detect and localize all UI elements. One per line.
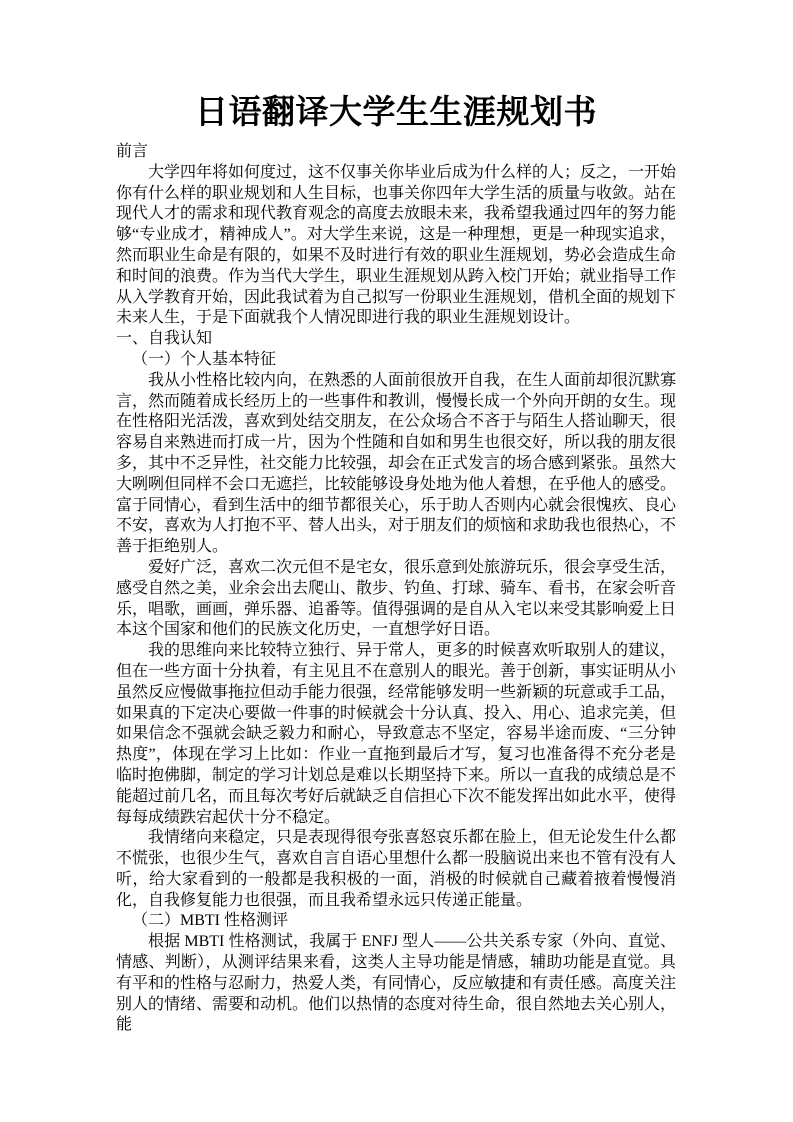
paragraph-thinking-style: 我的思维向来比较特立独行、异于常人，更多的时候喜欢听取别人的建议，但在一些方面十…	[116, 641, 676, 828]
paragraph-preface: 大学四年将如何度过，这不仅事关你毕业后成为什么样的人；反之，一开始你有什么样的职…	[116, 163, 676, 329]
paragraph-emotions: 我情绪向来稳定，只是表现得很夸张喜怒哀乐都在脸上，但无论发生什么都不慌张，也很少…	[116, 828, 676, 911]
heading-preface: 前言	[116, 142, 676, 163]
heading-personal-traits: （一）个人基本特征	[116, 350, 676, 371]
document-body: 日语翻译大学生生涯规划书 前言 大学四年将如何度过，这不仅事关你毕业后成为什么样…	[0, 0, 793, 1036]
paragraph-hobbies: 爱好广泛，喜欢二次元但不是宅女，很乐意到处旅游玩乐，很会享受生活，感受自然之美，…	[116, 558, 676, 641]
heading-self-awareness: 一、自我认知	[116, 329, 676, 350]
paragraph-personality: 我从小性格比较内向，在熟悉的人面前很放开自我，在生人面前却很沉默寡言，然而随着成…	[116, 371, 676, 558]
document-page: 日语翻译大学生生涯规划书 前言 大学四年将如何度过，这不仅事关你毕业后成为什么样…	[0, 0, 793, 1122]
document-title: 日语翻译大学生生涯规划书	[116, 92, 676, 134]
paragraph-mbti-result: 根据 MBTI 性格测试，我属于 ENFJ 型人——公共关系专家（外向、直觉、情…	[116, 932, 676, 1036]
heading-mbti-assessment: （二）MBTI 性格测评	[116, 911, 676, 932]
